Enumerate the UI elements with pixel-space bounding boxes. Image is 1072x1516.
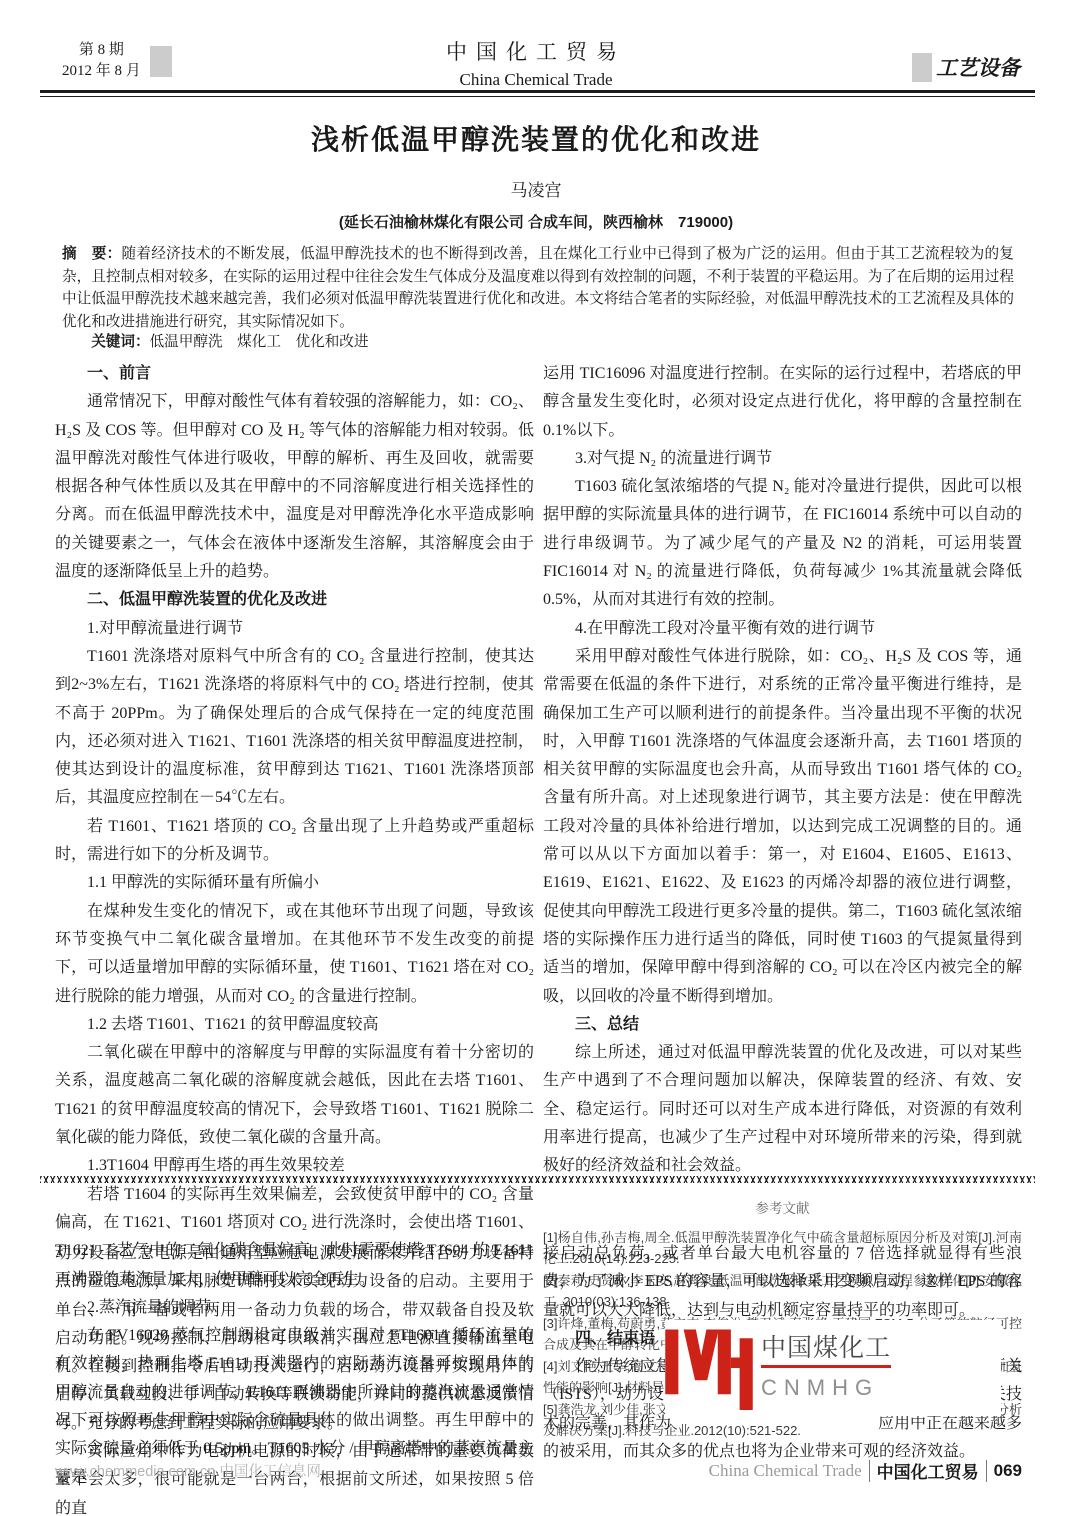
- paragraph: 通常情况下，甲醇对酸性气体有着较强的溶解能力，如：CO₂、H₂S 及 COS 等…: [55, 388, 534, 586]
- article-author: 马凌宫: [0, 176, 1072, 201]
- keywords: 关键词：低温甲醇洗 煤化工 优化和改进: [62, 330, 1014, 351]
- paragraph: 二氧化碳在甲醇中的溶解度与甲醇的实际温度有着十分密切的关系，温度越高二氧化碳的溶…: [55, 1039, 534, 1152]
- watermark-cn: 中国煤化工: [761, 1334, 891, 1368]
- subsection-heading: 1.对甲醇流量进行调节: [55, 615, 534, 643]
- footer-journal: China Chemical Trade 中国化工贸易 069: [709, 1458, 1022, 1483]
- journal-page: 第 8 期 2012 年 8 月 中国化工贸易 China Chemical T…: [0, 0, 1072, 1516]
- subsection-heading: 3.对气提 N₂ 的流量进行调节: [543, 445, 1022, 473]
- article-affiliation: (延长石油榆林煤化有限公司 合成车间，陕西榆林 719000): [0, 211, 1072, 232]
- abstract-text: 随着经济技术的不断发展，低温甲醇洗技术的也不断得到改善，且在煤化工行业中已得到了…: [62, 246, 1014, 330]
- watermark-en: CNMHG: [761, 1374, 891, 1402]
- paragraph: 若 T1601、T1621 塔顶的 CO₂ 含量出现了上升趋势或严重超标时，需进…: [55, 813, 534, 870]
- keywords-label: 关键词：: [91, 334, 149, 350]
- section-heading: 二、低温甲醇洗装置的优化及改进: [55, 586, 534, 614]
- paragraph-continued: 动力设备应急电源是由通用型应急电源发展而来并结合动力设备特点的应急电源，采用脉宽…: [55, 1240, 534, 1438]
- line-fragment: 术的完善，其作为: [543, 1410, 671, 1438]
- paragraph-continued: 运用 TIC16096 对温度进行控制。在实际的运行过程中，若塔底的甲醇含量发生…: [543, 360, 1022, 445]
- line-fragment: 作为传统应急: [575, 1353, 671, 1381]
- footer-website: www.chemmedia.com.cn 中国化工信息网: [55, 1460, 321, 1481]
- section-heading: 三、总结: [543, 1011, 1022, 1039]
- footer-separator: [986, 1460, 987, 1482]
- abstract: 摘 要：随着经济技术的不断发展，低温甲醇洗技术的也不断得到改善，且在煤化工行业中…: [62, 243, 1014, 333]
- footer-separator: [869, 1460, 870, 1482]
- column-tag-wrap: 工艺设备: [912, 52, 1020, 82]
- watermark-text: 中国煤化工 CNMHG: [761, 1334, 891, 1403]
- subsection-heading: 4.在甲醇洗工段对冷量平衡有效的进行调节: [543, 615, 1022, 643]
- header-gray-box-right: [912, 53, 932, 82]
- paragraph-continued: 接启动总负荷，或者单台最大电机容量的 7 倍选择就显得有些浪费，为了减小 EPS…: [543, 1240, 1022, 1325]
- keywords-text: 低温甲醇洗 煤化工 优化和改进: [150, 334, 369, 350]
- cnmhg-watermark: 中国煤化工 CNMHG: [665, 1320, 1001, 1416]
- footer-journal-cn: 中国化工贸易: [877, 1458, 979, 1483]
- paragraph: T1603 硫化氢浓缩塔的气提 N₂ 能对冷量进行提供，因此可以根据甲醇的实际流…: [543, 473, 1022, 614]
- article-divider: [40, 1176, 1035, 1183]
- page-footer: www.chemmedia.com.cn 中国化工信息网 China Chemi…: [55, 1458, 1022, 1483]
- line-fragment: （ISTS），动力设: [543, 1381, 664, 1409]
- paragraph: 在煤种发生变化的情况下，或在其他环节出现了问题，导致该环节变换气中二氧化碳含量增…: [55, 898, 534, 1011]
- paragraph: 综上所述，通过对低温甲醇洗装置的优化及改进，可以对某些生产中遇到了不合理问题加以…: [543, 1039, 1022, 1180]
- cnmhg-logo-icon: [665, 1326, 753, 1410]
- section-heading: 一、前言: [55, 360, 534, 388]
- references-heading: 参考文献: [543, 1195, 1022, 1223]
- subsection-heading: 1.2 去塔 T1601、T1621 的贫甲醇温度较高: [55, 1011, 534, 1039]
- footer-journal-en: China Chemical Trade: [709, 1461, 862, 1481]
- footer-page-number: 069: [994, 1461, 1022, 1481]
- article-title: 浅析低温甲醇洗装置的优化和改进: [0, 118, 1072, 158]
- column-tag: 工艺设备: [936, 52, 1020, 82]
- paragraph: T1601 洗涤塔对原料气中所含有的 CO₂ 含量进行控制，使其达到2~3%左右…: [55, 643, 534, 813]
- abstract-label: 摘 要：: [62, 246, 122, 262]
- subsection-heading: 1.1 甲醇洗的实际循环量有所偏小: [55, 869, 534, 897]
- paragraph: 采用甲醇对酸性气体进行脱除，如：CO₂、H₂S 及 COS 等，通常需要在低温的…: [543, 643, 1022, 1011]
- header-rule: [40, 90, 1035, 97]
